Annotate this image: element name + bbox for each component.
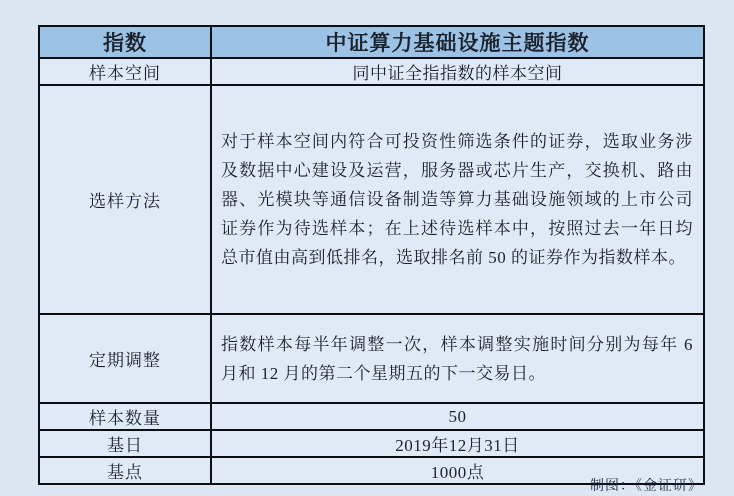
table-row-base-date: 基日 2019年12月31日: [39, 430, 704, 457]
row-value-selection-method: 对于样本空间内符合可投资性筛选条件的证券，选取业务涉及数据中心建设及运营，服务器…: [211, 85, 704, 314]
row-label-selection-method: 选样方法: [39, 85, 211, 314]
row-label-base-date: 基日: [39, 430, 211, 457]
row-value-periodic-adjustment: 指数样本每半年调整一次，样本调整实施时间分别为每年 6 月和 12 月的第二个星…: [211, 314, 704, 403]
row-label-base-point: 基点: [39, 457, 211, 484]
credit-text: 制图：《金证研》: [590, 475, 703, 495]
row-label-periodic-adjustment: 定期调整: [39, 314, 211, 403]
row-label-sample-count: 样本数量: [39, 403, 211, 430]
table-row-selection-method: 选样方法 对于样本空间内符合可投资性筛选条件的证券，选取业务涉及数据中心建设及运…: [39, 85, 704, 314]
row-value-sample-space: 同中证全指指数的样本空间: [211, 58, 704, 85]
row-value-sample-count: 50: [211, 403, 704, 430]
table-header-row: 指数 中证算力基础设施主题指数: [39, 26, 704, 58]
row-value-base-date: 2019年12月31日: [211, 430, 704, 457]
page: { "table": { "header": { "col1": "指数", "…: [0, 0, 734, 496]
index-info-table: 指数 中证算力基础设施主题指数 样本空间 同中证全指指数的样本空间 选样方法 对…: [38, 25, 705, 485]
table-row-sample-space: 样本空间 同中证全指指数的样本空间: [39, 58, 704, 85]
header-cell-index: 指数: [39, 26, 211, 58]
header-cell-index-name: 中证算力基础设施主题指数: [211, 26, 704, 58]
row-label-sample-space: 样本空间: [39, 58, 211, 85]
table-row-periodic-adjustment: 定期调整 指数样本每半年调整一次，样本调整实施时间分别为每年 6 月和 12 月…: [39, 314, 704, 403]
table-row-sample-count: 样本数量 50: [39, 403, 704, 430]
